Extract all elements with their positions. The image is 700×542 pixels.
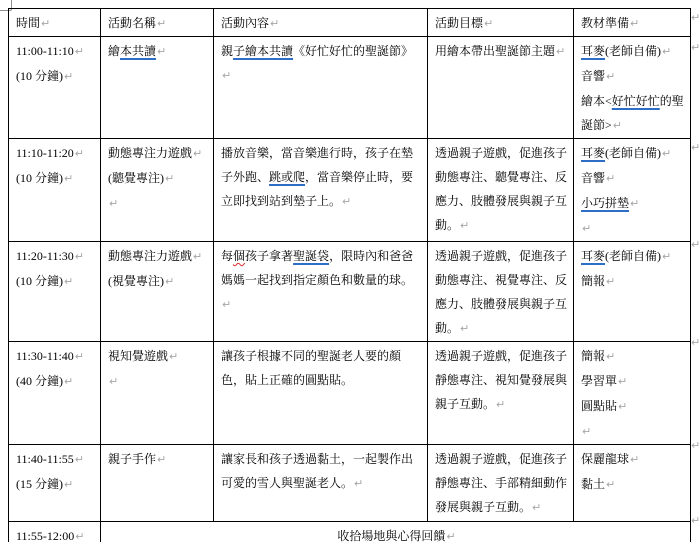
paragraph: 簡報↵ [581, 344, 685, 369]
text-run: (聽覺專注) [108, 171, 164, 185]
header-cell-name[interactable]: 活動名稱↵ [101, 9, 214, 37]
cell-time[interactable]: 11:10-11:20↵(10 分鐘)↵ [9, 139, 101, 242]
table-row: 11:30-11:40↵(40 分鐘)↵視知覺遊戲↵↵讓孩子根據不同的聖誕老人要… [9, 342, 691, 445]
text-run: 活動目標 [435, 16, 483, 30]
text-run: 簡報 [581, 349, 605, 363]
text-run: 學習單 [581, 374, 617, 388]
paragraph: 繪本共讀↵ [108, 39, 208, 64]
paragraph: 透過親子遊戲，促進孩子靜態專注、手部精細動作發展與親子互動。↵ [435, 447, 568, 520]
paragraph: 耳麥(老師自備)↵ [581, 244, 685, 269]
cell-merged[interactable]: 收拾場地與心得回饋↵ [101, 522, 691, 542]
text-run: 11:20-11:30 [16, 249, 74, 263]
paragraph: 耳麥(老師自備)↵ [581, 141, 685, 166]
paragraph: 視知覺遊戲↵ [108, 344, 208, 369]
paragraph-mark-icon: ↵ [109, 197, 118, 210]
paragraph-mark-icon: ↵ [484, 17, 493, 30]
cell-time[interactable]: 11:40-11:55↵(15 分鐘)↵ [9, 445, 101, 522]
spellcheck-blue-text: 小巧拼墊 [581, 196, 629, 210]
paragraph-mark-icon: ↵ [64, 478, 73, 491]
text-run: (10 分鐘) [16, 69, 63, 83]
paragraph: 11:10-11:20↵ [16, 141, 95, 166]
text-run: 簡報 [581, 274, 605, 288]
text-run: 保麗龍球 [581, 452, 629, 466]
spellcheck-blue-text: 耳麥 [581, 146, 605, 160]
paragraph: (10 分鐘)↵ [16, 269, 95, 294]
paragraph: (聽覺專注)↵ [108, 166, 208, 191]
cell-goal[interactable]: 用繪本帶出聖誕節主題↵ [428, 37, 574, 139]
text-run: 圓點貼 [581, 399, 617, 413]
row-end-paragraph-mark-icon: ↵ [691, 142, 700, 153]
text-run: 黏土 [581, 477, 605, 491]
text-run: 用繪本帶出聖誕節主題 [435, 44, 555, 58]
paragraph: 11:40-11:55↵ [16, 447, 95, 472]
paragraph: 收拾場地與心得回饋↵ [108, 524, 685, 542]
paragraph: 學習單↵ [581, 369, 685, 394]
cell-name[interactable]: 繪本共讀↵ [101, 37, 214, 139]
paragraph: ↵ [581, 419, 685, 444]
paragraph-mark-icon: ↵ [460, 322, 469, 335]
spellcheck-blue-text: 聖誕袋 [293, 249, 329, 263]
paragraph-mark-icon: ↵ [496, 398, 505, 411]
paragraph-mark-icon: ↵ [582, 222, 591, 235]
paragraph: (10 分鐘)↵ [16, 166, 95, 191]
paragraph: 親子手作↵ [108, 447, 208, 472]
spellcheck-blue-text: 好忙好忙 [612, 94, 660, 108]
cell-content[interactable]: 讓家長和孩子透過黏土，一起製作出可愛的雪人與聖誕老人。↵ [214, 445, 428, 522]
paragraph: 動態專注力遊戲↵ [108, 244, 208, 269]
paragraph: 活動內容↵ [221, 11, 422, 36]
spellcheck-red-text: 個 [233, 249, 245, 263]
paragraph-mark-icon: ↵ [556, 45, 565, 58]
cell-name[interactable]: 動態專注力遊戲↵(聽覺專注)↵↵ [101, 139, 214, 242]
text-run: (10 分鐘) [16, 171, 63, 185]
text-run: 親 [221, 44, 233, 58]
cell-goal[interactable]: 透過親子遊戲，促進孩子靜態專注、視知覺發展與親子互動。↵ [428, 342, 574, 445]
text-run: 音響 [581, 69, 605, 83]
text-run: 11:30-11:40 [16, 349, 74, 363]
text-run: (老師自備) [605, 146, 661, 160]
paragraph-mark-icon: ↵ [606, 350, 615, 363]
text-run: 《好忙好忙的聖誕節》 [293, 44, 413, 58]
paragraph-mark-icon: ↵ [75, 453, 84, 466]
paragraph: ↵ [108, 369, 208, 394]
paragraph-mark-icon: ↵ [157, 45, 166, 58]
paragraph-mark-icon: ↵ [630, 197, 639, 210]
paragraph: 教材準備↵ [581, 11, 685, 36]
paragraph: 11:55-12:00↵ [16, 524, 95, 542]
paragraph: ↵ [581, 216, 685, 241]
paragraph-mark-icon: ↵ [75, 350, 84, 363]
text-run: 透過親子遊戲，促進孩子靜態專注、手部精細動作發展與親子互動。 [435, 452, 567, 514]
paragraph: (15 分鐘)↵ [16, 472, 95, 497]
paragraph: (40 分鐘)↵ [16, 369, 95, 394]
paragraph: 透過親子遊戲，促進孩子動態專注、聽覺專注、反應力、肢體發展與親子互動。↵ [435, 141, 568, 238]
row-end-paragraph-mark-icon: ↵ [691, 42, 700, 53]
document-page: 時間↵活動名稱↵活動內容↵活動目標↵教材準備↵ 11:00-11:10↵(10 … [0, 0, 700, 542]
paragraph: 播放音樂，當音樂進行時，孩子在墊子外跑、跳或爬，當音樂停止時，要立即找到站到墊子… [221, 141, 422, 214]
paragraph-mark-icon: ↵ [193, 147, 202, 160]
row-end-paragraph-mark-icon: ↵ [691, 337, 700, 348]
spellcheck-blue-text: 耳麥 [581, 249, 605, 263]
paragraph-mark-icon: ↵ [75, 45, 84, 58]
paragraph-mark-icon: ↵ [75, 250, 84, 263]
cell-time[interactable]: 11:00-11:10↵(10 分鐘)↵ [9, 37, 101, 139]
text-run: 讓孩子根據不同的聖誕老人要的顏色，貼上正確的圓點貼。 [221, 349, 401, 387]
paragraph: 動態專注力遊戲↵ [108, 141, 208, 166]
cell-materials[interactable]: 耳麥(老師自備)↵音響↵繪本<好忙好忙的聖誕節>↵ [574, 37, 691, 139]
text-run: (老師自備) [605, 249, 661, 263]
paragraph-mark-icon: ↵ [630, 453, 639, 466]
paragraph: 11:00-11:10↵ [16, 39, 95, 64]
paragraph-mark-icon: ↵ [165, 275, 174, 288]
cell-time[interactable]: 11:30-11:40↵(40 分鐘)↵ [9, 342, 101, 445]
paragraph: 11:30-11:40↵ [16, 344, 95, 369]
paragraph-mark-icon: ↵ [169, 350, 178, 363]
text-run: (40 分鐘) [16, 374, 63, 388]
text-run: (視覺專注) [108, 274, 164, 288]
text-run: 繪本< [581, 94, 612, 108]
paragraph: 小巧拼墊↵ [581, 191, 685, 216]
header-cell-goal[interactable]: 活動目標↵ [428, 9, 574, 37]
paragraph-mark-icon: ↵ [165, 172, 174, 185]
paragraph-mark-icon: ↵ [193, 250, 202, 263]
text-run: 時間 [16, 16, 40, 30]
paragraph-mark-icon: ↵ [662, 147, 671, 160]
row-end-paragraph-mark-icon: ↵ [691, 239, 700, 250]
paragraph-mark-icon: ↵ [64, 172, 73, 185]
text-run: 收拾場地與心得回饋 [337, 529, 445, 542]
text-run: 教材準備 [581, 16, 629, 30]
paragraph-mark-icon: ↵ [64, 375, 73, 388]
text-run: 孩子拿著 [245, 249, 293, 263]
paragraph-mark-icon: ↵ [75, 147, 84, 160]
paragraph: 活動目標↵ [435, 11, 568, 36]
paragraph: 11:20-11:30↵ [16, 244, 95, 269]
text-run: 透過親子遊戲，促進孩子動態專注、聽覺專注、反應力、肢體發展與親子互動。 [435, 146, 567, 232]
table-row: 11:00-11:10↵(10 分鐘)↵繪本共讀↵親子繪本共讀《好忙好忙的聖誕節… [9, 37, 691, 139]
paragraph-mark-icon: ↵ [613, 119, 622, 132]
header-cell-time[interactable]: 時間↵ [9, 9, 101, 37]
paragraph-mark-icon: ↵ [354, 477, 363, 490]
paragraph: 活動名稱↵ [108, 11, 208, 36]
table-row: 11:10-11:20↵(10 分鐘)↵動態專注力遊戲↵(聽覺專注)↵↵播放音樂… [9, 139, 691, 242]
paragraph-mark-icon: ↵ [662, 250, 671, 263]
text-run: (老師自備) [605, 44, 661, 58]
paragraph: ↵ [108, 191, 208, 216]
header-cell-materials[interactable]: 教材準備↵ [574, 9, 691, 37]
text-run: 每 [221, 249, 233, 263]
paragraph: 透過親子遊戲，促進孩子靜態專注、視知覺發展與親子互動。↵ [435, 344, 568, 417]
cell-materials[interactable]: 耳麥(老師自備)↵簡報↵ [574, 242, 691, 342]
table-row: 11:20-11:30↵(10 分鐘)↵動態專注力遊戲↵(視覺專注)↵每個孩子拿… [9, 242, 691, 342]
paragraph-mark-icon: ↵ [64, 70, 73, 83]
text-run: 11:40-11:55 [16, 452, 74, 466]
paragraph-mark-icon: ↵ [222, 298, 231, 311]
spellcheck-blue-text: 子繪本共讀 [233, 44, 293, 58]
paragraph: 透過親子遊戲，促進孩子動態專注、視覺專注、反應力、肢體發展與親子互動。↵ [435, 244, 568, 341]
text-run: (15 分鐘) [16, 477, 63, 491]
paragraph: 讓孩子根據不同的聖誕老人要的顏色，貼上正確的圓點貼。 [221, 344, 422, 392]
paragraph-mark-icon: ↵ [618, 375, 627, 388]
paragraph: (視覺專注)↵ [108, 269, 208, 294]
text-run: 繪 [108, 44, 120, 58]
text-run: 視知覺遊戲 [108, 349, 168, 363]
cell-time[interactable]: 11:55-12:00↵ [9, 522, 101, 542]
spellcheck-blue-text: 耳麥 [581, 44, 605, 58]
row-end-paragraph-mark-icon: ↵ [691, 440, 700, 451]
spellcheck-blue-text: 跳或爬 [269, 170, 305, 184]
paragraph: 音響↵ [581, 166, 685, 191]
paragraph: 讓家長和孩子透過黏土，一起製作出可愛的雪人與聖誕老人。↵ [221, 447, 422, 496]
paragraph-mark-icon: ↵ [630, 17, 639, 30]
paragraph: 耳麥(老師自備)↵ [581, 39, 685, 64]
paragraph-mark-icon: ↵ [41, 17, 50, 30]
paragraph-mark-icon: ↵ [582, 425, 591, 438]
cell-goal[interactable]: 透過親子遊戲，促進孩子靜態專注、手部精細動作發展與親子互動。↵ [428, 445, 574, 522]
paragraph: 用繪本帶出聖誕節主題↵ [435, 39, 568, 64]
paragraph: 親子繪本共讀《好忙好忙的聖誕節》↵ [221, 39, 422, 88]
paragraph-mark-icon: ↵ [662, 45, 671, 58]
text-run: 透過親子遊戲，促進孩子動態專注、視覺專注、反應力、肢體發展與親子互動。 [435, 249, 567, 335]
activity-schedule-table: 時間↵活動名稱↵活動內容↵活動目標↵教材準備↵ 11:00-11:10↵(10 … [8, 8, 691, 542]
cell-name[interactable]: 親子手作↵ [101, 445, 214, 522]
paragraph-mark-icon: ↵ [270, 17, 279, 30]
paragraph-mark-icon: ↵ [618, 400, 627, 413]
cell-materials[interactable]: 耳麥(老師自備)↵音響↵小巧拼墊↵↵ [574, 139, 691, 242]
cell-name[interactable]: 視知覺遊戲↵↵ [101, 342, 214, 445]
table-row: 11:55-12:00↵收拾場地與心得回饋↵ [9, 522, 691, 542]
paragraph: 時間↵ [16, 11, 95, 36]
text-run: 音響 [581, 171, 605, 185]
paragraph: 簡報↵ [581, 269, 685, 294]
text-run: 11:00-11:10 [16, 44, 74, 58]
cell-content[interactable]: 讓孩子根據不同的聖誕老人要的顏色，貼上正確的圓點貼。 [214, 342, 428, 445]
spellcheck-blue-text: 本共讀 [120, 44, 156, 58]
paragraph: 圓點貼↵ [581, 394, 685, 419]
paragraph-mark-icon: ↵ [75, 530, 84, 542]
row-end-paragraph-mark-icon: ↵ [691, 515, 700, 526]
text-run: 動態專注力遊戲 [108, 249, 192, 263]
paragraph-mark-icon: ↵ [606, 478, 615, 491]
cell-goal[interactable]: 透過親子遊戲，促進孩子動態專注、聽覺專注、反應力、肢體發展與親子互動。↵ [428, 139, 574, 242]
paragraph: 黏土↵ [581, 472, 685, 497]
cell-time[interactable]: 11:20-11:30↵(10 分鐘)↵ [9, 242, 101, 342]
text-run: 11:55-12:00 [16, 529, 74, 542]
paragraph-mark-icon: ↵ [460, 219, 469, 232]
paragraph-mark-icon: ↵ [222, 69, 231, 82]
paragraph-mark-icon: ↵ [606, 275, 615, 288]
paragraph-mark-icon: ↵ [446, 530, 455, 542]
paragraph-mark-icon: ↵ [157, 453, 166, 466]
text-run: 動態專注力遊戲 [108, 146, 192, 160]
paragraph: 每個孩子拿著聖誕袋，限時內和爸爸媽媽一起找到指定顏色和數量的球。↵ [221, 244, 422, 317]
paragraph: 繪本<好忙好忙的聖誕節>↵ [581, 89, 685, 138]
cell-materials[interactable]: 簡報↵學習單↵圓點貼↵↵ [574, 342, 691, 445]
paragraph: (10 分鐘)↵ [16, 64, 95, 89]
text-run: 親子手作 [108, 452, 156, 466]
cell-content[interactable]: 每個孩子拿著聖誕袋，限時內和爸爸媽媽一起找到指定顏色和數量的球。↵ [214, 242, 428, 342]
table-row: 11:40-11:55↵(15 分鐘)↵親子手作↵讓家長和孩子透過黏土，一起製作… [9, 445, 691, 522]
paragraph-mark-icon: ↵ [532, 501, 541, 514]
text-run: 活動內容 [221, 16, 269, 30]
paragraph-mark-icon: ↵ [109, 375, 118, 388]
text-run: 活動名稱 [108, 16, 156, 30]
cell-content[interactable]: 親子繪本共讀《好忙好忙的聖誕節》↵ [214, 37, 428, 139]
paragraph: 保麗龍球↵ [581, 447, 685, 472]
cell-content[interactable]: 播放音樂，當音樂進行時，孩子在墊子外跑、跳或爬，當音樂停止時，要立即找到站到墊子… [214, 139, 428, 242]
cell-name[interactable]: 動態專注力遊戲↵(視覺專注)↵ [101, 242, 214, 342]
cell-goal[interactable]: 透過親子遊戲，促進孩子動態專注、視覺專注、反應力、肢體發展與親子互動。↵ [428, 242, 574, 342]
cell-materials[interactable]: 保麗龍球↵黏土↵ [574, 445, 691, 522]
paragraph-mark-icon: ↵ [606, 172, 615, 185]
paragraph: 音響↵ [581, 64, 685, 89]
header-cell-content[interactable]: 活動內容↵ [214, 9, 428, 37]
text-run: 讓家長和孩子透過黏土，一起製作出可愛的雪人與聖誕老人。 [221, 452, 413, 490]
paragraph-mark-icon: ↵ [64, 275, 73, 288]
paragraph-mark-icon: ↵ [157, 17, 166, 30]
text-run: (10 分鐘) [16, 274, 63, 288]
paragraph-mark-icon: ↵ [342, 195, 351, 208]
paragraph-mark-icon: ↵ [606, 70, 615, 83]
row-end-paragraph-mark-icon: ↵ [691, 12, 700, 23]
text-run: 11:10-11:20 [16, 146, 74, 160]
